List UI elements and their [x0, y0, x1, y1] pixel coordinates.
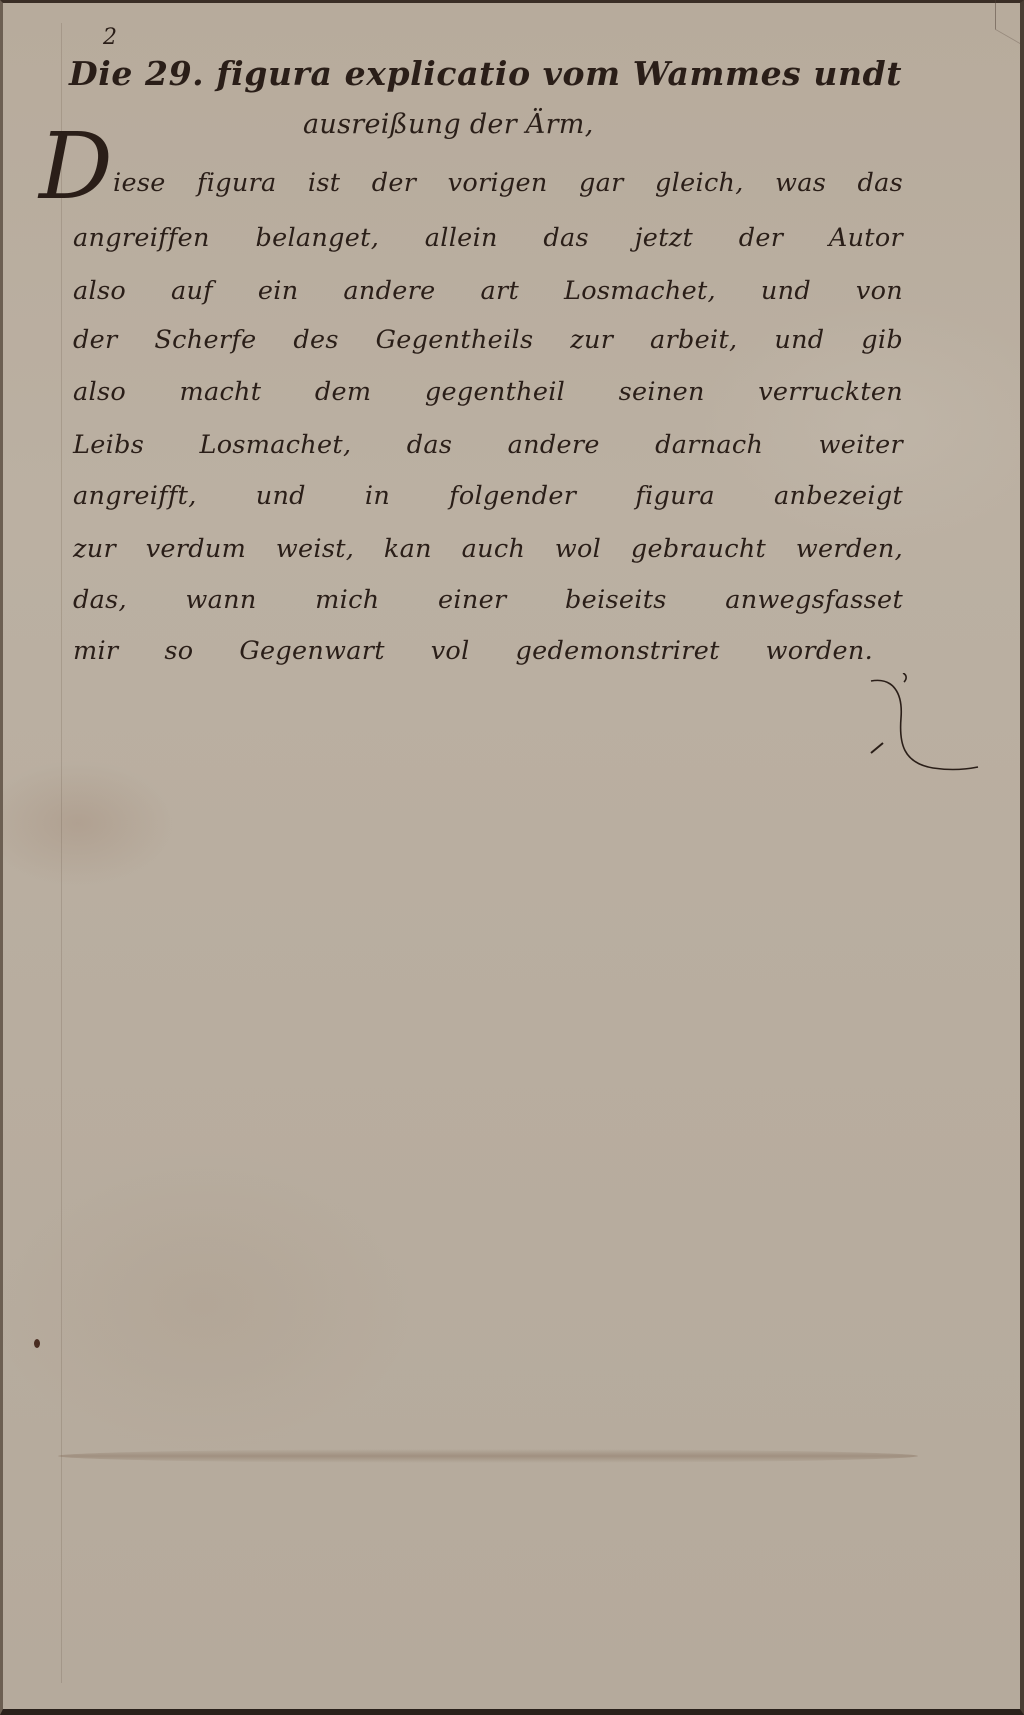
subheading: ausreißung der Ärm, — [303, 111, 594, 138]
margin-rule — [61, 23, 62, 1683]
closing-flourish-icon — [863, 673, 983, 783]
body-line-9: das, wann mich einer beiseits anwegsfass… — [73, 588, 903, 614]
body-line-6: Leibs Losmachet, das andere darnach weit… — [73, 433, 903, 459]
decorated-initial: D — [39, 121, 113, 213]
body-line-5: also macht dem gegentheil seinen verruck… — [73, 380, 903, 406]
ink-spot — [34, 1339, 40, 1348]
body-line-1: iese figura ist der vorigen gar gleich, … — [113, 171, 903, 197]
corner-fold — [995, 0, 1020, 44]
body-line-4: der Scherfe des Gegentheils zur arbeit, … — [73, 328, 903, 354]
paper-crease — [58, 1449, 918, 1463]
body-line-3: also auf ein andere art Losmachet, und v… — [73, 279, 903, 305]
body-line-8: zur verdum weist, kan auch wol gebraucht… — [73, 537, 903, 563]
manuscript-page: 2 Die 29. figura explicatio vom Wammes u… — [0, 0, 1024, 1715]
body-line-10: mir so Gegenwart vol gedemonstriret word… — [73, 639, 873, 665]
body-line-2: angreiffen belanget, allein das jetzt de… — [73, 226, 903, 252]
page-mark: 2 — [103, 25, 117, 50]
body-line-7: angreifft, und in folgender figura anbez… — [73, 484, 903, 510]
heading: Die 29. figura explicatio vom Wammes und… — [69, 57, 902, 90]
